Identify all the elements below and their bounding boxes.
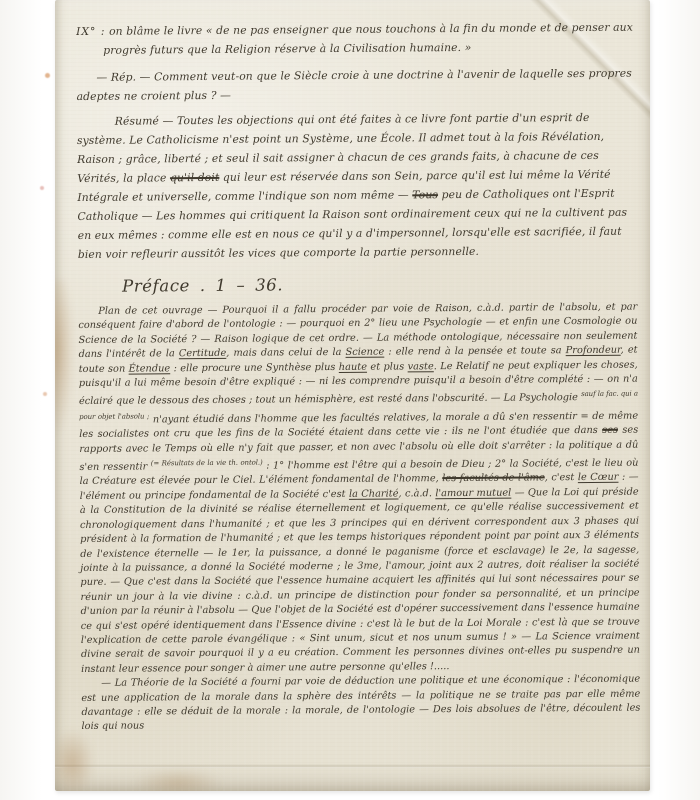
ink-speck <box>40 186 44 190</box>
text-segment-underline: Profondeur <box>566 345 621 356</box>
paragraph-plan-ouvrage: Plan de cet ouvrage — Pourquoi il a fall… <box>78 301 640 678</box>
objection-text: on blâme le livre « de ne pas enseigner … <box>103 21 633 57</box>
paragraph-theorie-societe: — La Théorie de la Société a fourni par … <box>81 673 640 735</box>
text-segment-normal: et plus <box>367 361 408 372</box>
text-segment-underline: haute <box>339 361 367 372</box>
edge-stain <box>133 768 223 791</box>
text-segment-normal: , mais dans celui de la <box>226 347 345 359</box>
ink-speck <box>45 73 50 78</box>
text-segment-normal: , c.à.d. <box>398 488 435 499</box>
text-segment-strike: qu'il doit <box>170 171 219 184</box>
text-segment-strike: ses <box>602 425 618 436</box>
paragraph-reponse: — Rép. — Comment veut-on que le Siècle c… <box>76 64 635 106</box>
paragraph-resume: Résumé — Toutes les objections qui ont é… <box>77 108 637 264</box>
preface-heading: Préface . 1 – 36. <box>122 273 637 296</box>
text-segment-normal: n'ayant étudié dans l'homme que les facu… <box>79 410 638 440</box>
text-segment-underline: vaste <box>408 361 434 372</box>
text-segment-underline: l'amour mutuel <box>435 487 511 499</box>
text-segment-strike: Tous <box>412 188 438 201</box>
text-segment-underline: Science <box>345 347 384 358</box>
ink-speck <box>43 392 47 396</box>
text-segment-underline: Étendue <box>129 363 171 374</box>
text-segment-normal: : elle rend à la pensée et toute sa <box>384 345 565 357</box>
text-segment-normal: , c'est <box>545 473 578 484</box>
text-segment-underline: Certitude <box>179 348 226 359</box>
text-segment-note: (= Résultats de la vie th. ontol.) <box>151 459 263 468</box>
paragraph-objection-ix: IX° : on blâme le livre « de ne pas ense… <box>76 18 635 60</box>
text-segment-normal: : elle procure une Synthèse plus <box>170 362 339 374</box>
handwritten-content: IX° : on blâme le livre « de ne pas ense… <box>76 18 641 735</box>
text-segment-underline: le Cœur <box>578 472 619 483</box>
text-segment-underline: la Charité <box>349 488 399 499</box>
edge-stain <box>55 728 95 791</box>
text-segment-strike: les facultés de l'âme <box>442 473 545 485</box>
text-segment-normal: — Que la Loi qui préside à la Constituti… <box>80 486 640 674</box>
edge-stain <box>55 280 74 435</box>
manuscript-paper: IX° : on blâme le livre « de ne pas ense… <box>55 0 650 791</box>
objection-number: IX° : <box>76 25 106 38</box>
